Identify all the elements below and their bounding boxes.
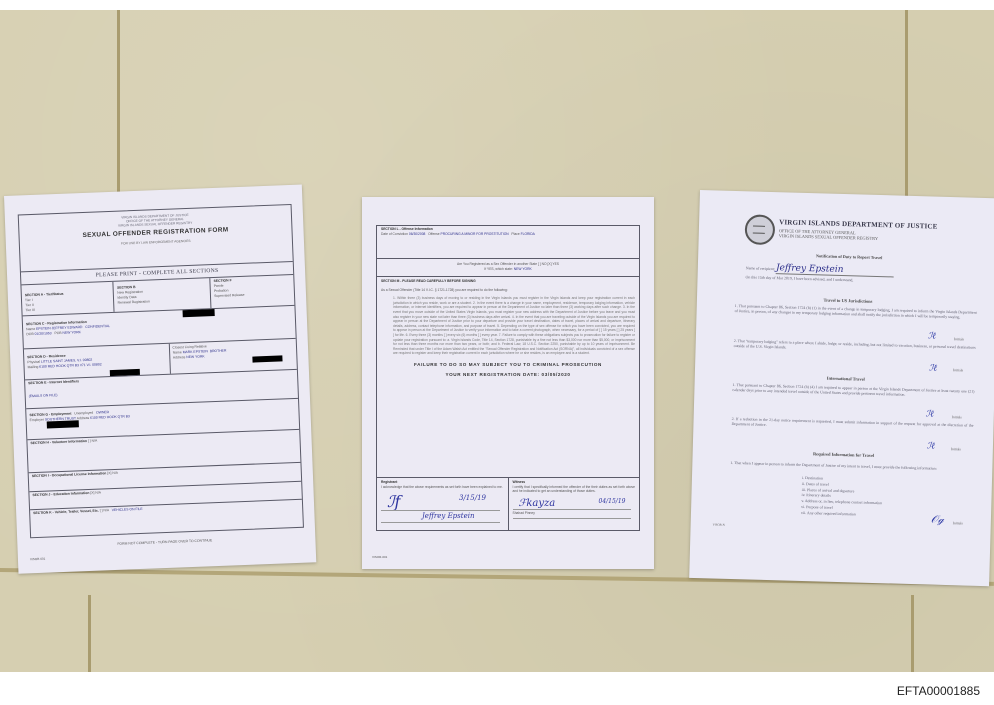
section-m: SECTION M - PLEASE READ CAREFULLY BEFORE… [376, 276, 640, 477]
section-value: N/A [112, 471, 118, 475]
initials-signature: ℐℓ [927, 440, 935, 451]
tile-seam [88, 595, 91, 672]
prosecution-warning: FAILURE TO DO SO MAY SUBJECT YOU TO CRIM… [377, 362, 639, 367]
section-b: SECTION B New Registration Identity Data… [114, 278, 212, 312]
checkbox-option: Tier III [25, 308, 35, 312]
section-label: SECTION B [117, 285, 136, 290]
bates-number: EFTA00001885 [897, 684, 980, 698]
form-code: VISOR-N [713, 522, 725, 526]
initials-label: Initials [953, 368, 963, 372]
witness-text: I certify that I specifically informed t… [509, 485, 640, 494]
international-item-1: 1. That pursuant to Chapter 86, Section … [732, 383, 974, 401]
witness-label: Witness [513, 480, 526, 484]
relative-address: NEW YORK [186, 354, 205, 359]
initials-label: Initials [951, 447, 961, 451]
relationship: BROTHER [210, 349, 227, 354]
travel-notification-sheet: VIRGIN ISLANDS DEPARTMENT OF JUSTICE OFF… [689, 190, 994, 586]
form-code: VISOR-001 [372, 555, 387, 559]
checkbox-option: Supervised Release [214, 293, 244, 298]
section-label: SECTION J - Education Information [32, 491, 89, 497]
dob-value: 01/20/1953 [35, 331, 52, 336]
document-title: Notification of Duty to Report Travel [716, 250, 982, 262]
list-item: vii. Any other required information [801, 511, 882, 519]
registration-form-sheet: VIRGIN ISLANDS DEPARTMENT OF JUSTICE OFF… [4, 185, 316, 574]
registrant-signature: ℐf [387, 492, 400, 511]
initials-signature: ℐℓ [928, 330, 936, 341]
tile-seam [117, 10, 120, 220]
doj-seal-icon [745, 214, 776, 245]
required-info-item-1: 1. That when I appear in person to infor… [730, 461, 972, 473]
section-label: SECTION E - Internet Identifiers [28, 379, 79, 385]
travel-notification: VIRGIN ISLANDS DEPARTMENT OF JUSTICE OFF… [718, 200, 984, 207]
checkbox-option: Renewal Registration [118, 299, 150, 304]
witness-printed-name: Shahad Pinney [509, 511, 539, 516]
registration-form: VIRGIN ISLANDS DEPARTMENT OF JUSTICE OFF… [18, 204, 304, 538]
section-l: SECTION L - Offense Information Date of … [376, 225, 640, 258]
employer-address: 6100 RED HOOK QTR B3 [90, 414, 130, 420]
initials-signature: ℐℓ [926, 408, 934, 419]
occupation-value: OWNER [96, 410, 109, 414]
offense-value: PROCURING A MINOR FOR PROSTITUTION [441, 232, 509, 236]
section-value: N/A [95, 490, 101, 494]
signature-section: Registrant I acknowledge that the above … [376, 477, 640, 531]
checkbox-option: Probation [214, 288, 229, 293]
registrant-date: 3/15/19 [459, 494, 486, 502]
internet-identifiers-value: (EMAILS ON FILE) [29, 384, 295, 399]
license-value: CONFIDENTIAL [85, 324, 110, 329]
required-info-list: i. Destination ii. Dates of travel iii. … [801, 476, 883, 519]
place-value: FLORIDA [521, 232, 535, 236]
tile-seam [905, 10, 908, 210]
us-travel-item-1: 1. That pursuant to Chapter 86, Section … [735, 304, 977, 322]
employment-status: Unemployed [74, 411, 93, 416]
initials-signature: 𝒪ℊ [931, 513, 944, 527]
other-state-box: Are You Registered as a Sex Offender in … [376, 258, 640, 276]
international-item-2: 2. If a reduction in the 21-day notice r… [731, 417, 973, 435]
recipient-label: Name of recipient: [746, 266, 775, 271]
section-a: SECTION A - Tier/Status Tier I Tier II T… [21, 282, 115, 316]
checkbox-option: Tier I [25, 298, 33, 302]
offense-and-duties-form: SECTION L - Offense Information Date of … [376, 225, 640, 555]
recipient-name: Jeffrey Epstein [776, 263, 894, 277]
section-label: SECTION M - PLEASE READ CAREFULLY BEFORE… [381, 279, 476, 283]
checkbox-option: New Registration [117, 290, 143, 295]
initials-signature: ℐℓ [929, 362, 937, 373]
redaction-box [110, 369, 140, 376]
redaction-box [183, 309, 215, 317]
required-info-heading: Required Information for Travel [711, 448, 977, 460]
registrant-text: I acknowledge that the above requirement… [377, 485, 508, 490]
checkbox-option: Tier II [25, 303, 34, 307]
witness-box: Witness I certify that I specifically in… [509, 478, 640, 530]
section-f: SECTION F Parole Probation Supervised Re… [210, 275, 294, 308]
redaction-box [47, 420, 79, 428]
initials-label: Initials [952, 415, 962, 419]
vehicle-value: VEHICLES ON FILE [112, 507, 143, 512]
redaction-box [252, 355, 282, 362]
witness-date: 04/15/19 [599, 498, 626, 505]
pob-value: NEW YORK [62, 330, 81, 335]
section-label: SECTION K - Vehicle, Trailer, Vessel, Et… [33, 509, 99, 516]
other-state-value: NEW YORK [514, 267, 532, 271]
witness-signature: ℱkayza [519, 498, 556, 509]
section-label: SECTION A - Tier/Status [25, 292, 64, 297]
initials-label: Initials [954, 337, 964, 341]
section-label: SECTION L - Offense Information [381, 227, 433, 231]
next-registration-date: YOUR NEXT REGISTRATION DATE: 03/05/2020 [377, 372, 639, 377]
registrant-printed-name: Jeffrey Epstein [422, 512, 474, 520]
registrant-label: Registrant [381, 480, 397, 484]
us-travel-item-2: 2. That "temporary lodging" refers to a … [734, 339, 976, 357]
intro-text: As a Sexual Offender (Title 14 V.I.C. § … [377, 288, 639, 293]
tile-seam [911, 595, 914, 672]
registration-form-page-2: SECTION L - Offense Information Date of … [362, 197, 654, 569]
registrant-box: Registrant I acknowledge that the above … [377, 478, 509, 530]
section-label: SECTION H - Volunteer Information [30, 439, 87, 445]
section-label: SECTION I - Occupational License Informa… [32, 471, 107, 478]
form-code: VISOR-001 [30, 557, 45, 562]
section-label: SECTION F [213, 278, 231, 283]
form-footer: FORM NOT COMPLETE - TURN PAGE OVER TO CO… [117, 538, 212, 546]
conviction-date: 06/30/2008 [409, 232, 426, 236]
section-value: N/A [92, 439, 98, 443]
initials-label: Initials [953, 521, 963, 525]
checkbox-option: Identity Data [117, 295, 136, 300]
question-text: Are You Registered as a Sex Offender in … [457, 262, 537, 266]
checkbox-option: Parole [214, 284, 224, 288]
registry-subtitle: VIRGIN ISLANDS SEXUAL OFFENDER REGISTRY [779, 233, 878, 241]
